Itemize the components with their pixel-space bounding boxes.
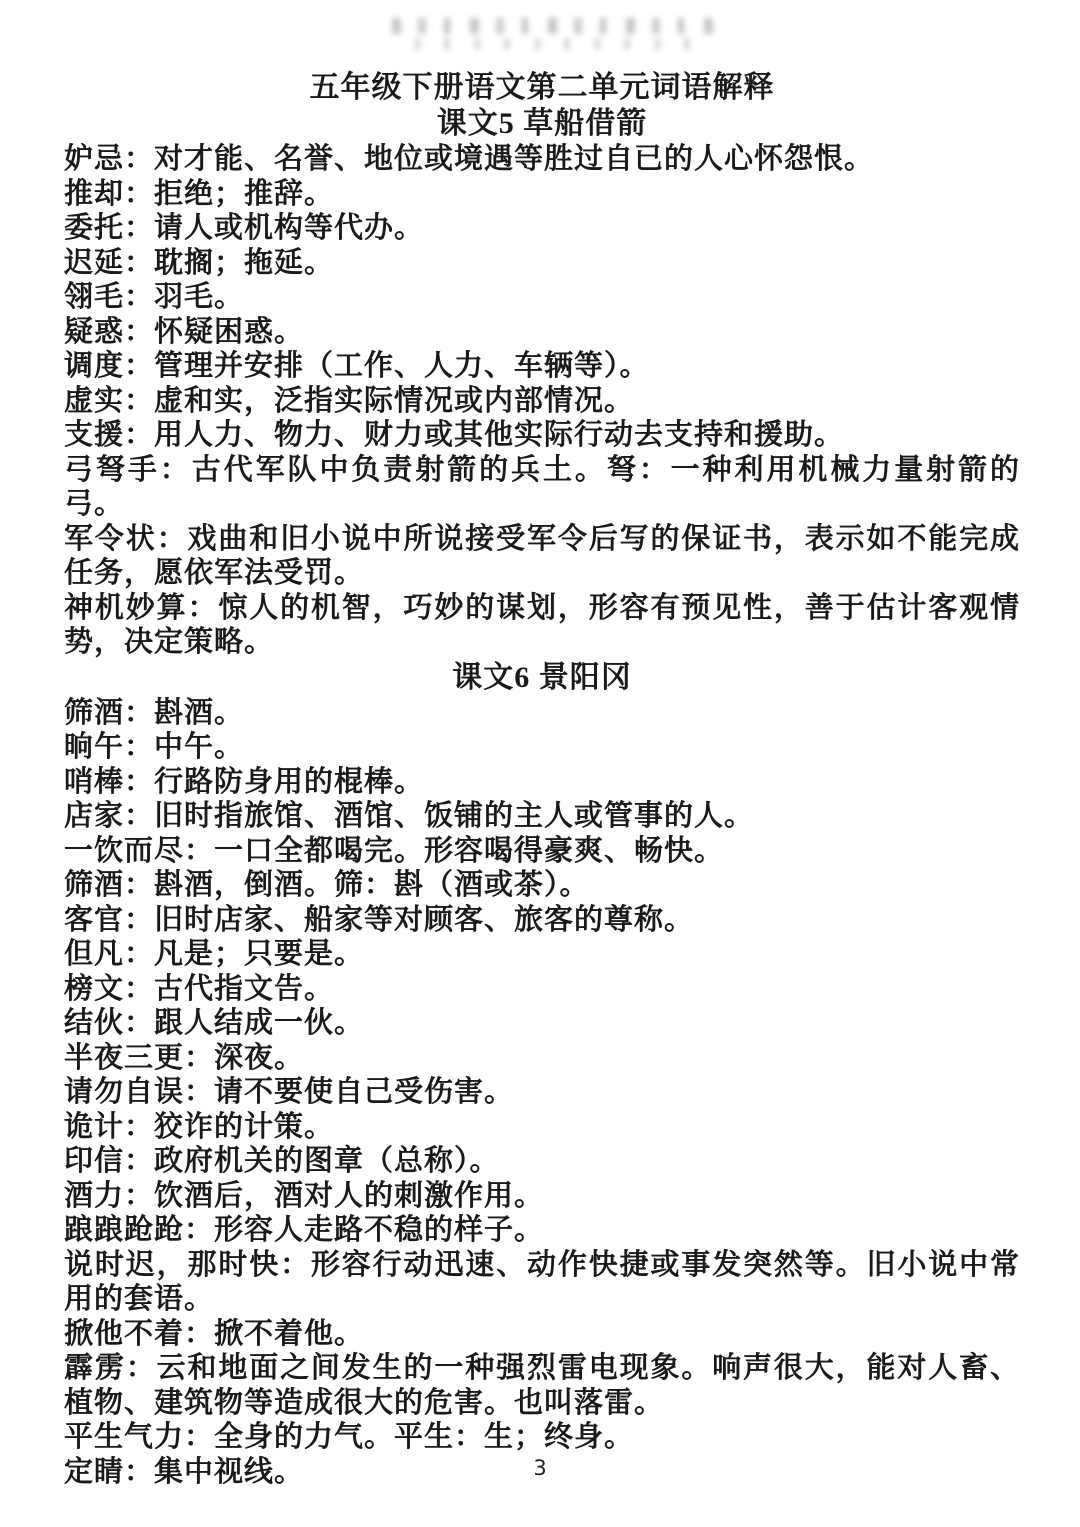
section-heading: 课文6 景阳冈	[64, 660, 1020, 696]
definition-entry: 军令状：戏曲和旧小说中所说接受军令后写的保证书，表示如不能完成任务，愿依军法受罚…	[64, 522, 1020, 591]
definition-entry: 说时迟，那时快：形容行动迅速、动作快捷或事发突然等。旧小说中常用的套语。	[64, 1248, 1020, 1317]
definition-entry: 筛酒：斟酒，倒酒。筛：斟（酒或茶）。	[64, 868, 1020, 903]
definition-entry: 哨棒：行路防身用的棍棒。	[64, 765, 1020, 800]
definition-entry: 半夜三更：深夜。	[64, 1041, 1020, 1076]
definition-entry: 妒忌：对才能、名誉、地位或境遇等胜过自已的人心怀怨恨。	[64, 142, 1020, 177]
definition-entry: 印信：政府机关的图章（总称）。	[64, 1144, 1020, 1179]
definition-entry: 客官：旧时店家、船家等对顾客、旅客的尊称。	[64, 903, 1020, 938]
definition-entry: 请勿自误：请不要使自己受伤害。	[64, 1075, 1020, 1110]
definition-entry: 筛酒：斟酒。	[64, 696, 1020, 731]
definition-entry: 踉踉跄跄：形容人走路不稳的样子。	[64, 1213, 1020, 1248]
section-heading: 课文5 草船借箭	[64, 106, 1020, 142]
definition-entry: 委托：请人或机构等代办。	[64, 211, 1020, 246]
definition-entry: 但凡：凡是；只要是。	[64, 937, 1020, 972]
definition-entry: 结伙：跟人结成一伙。	[64, 1006, 1020, 1041]
definition-entry: 迟延：耽搁；拖延。	[64, 246, 1020, 281]
definition-entry: 霹雳：云和地面之间发生的一种强烈雷电现象。响声很大，能对人畜、植物、建筑物等造成…	[64, 1351, 1020, 1420]
definition-entry: 推却：拒绝；推辞。	[64, 177, 1020, 212]
definition-entry: 翎毛：羽毛。	[64, 280, 1020, 315]
lesson-section: 课文5 草船借箭 妒忌：对才能、名誉、地位或境遇等胜过自已的人心怀怨恨。推却：拒…	[64, 106, 1020, 660]
definition-list: 妒忌：对才能、名誉、地位或境遇等胜过自已的人心怀怨恨。推却：拒绝；推辞。委托：请…	[64, 142, 1020, 660]
definition-entry: 酒力：饮酒后，酒对人的刺激作用。	[64, 1179, 1020, 1214]
definition-entry: 虚实：虚和实，泛指实际情况或内部情况。	[64, 384, 1020, 419]
lesson-section: 课文6 景阳冈 筛酒：斟酒。晌午：中午。哨棒：行路防身用的棍棒。店家：旧时指旅馆…	[64, 660, 1020, 1490]
definition-entry: 弓弩手：古代军队中负责射箭的兵土。弩：一种利用机械力量射箭的弓。	[64, 453, 1020, 522]
page-number: 3	[0, 1456, 1080, 1480]
page-title: 五年级下册语文第二单元词语解释	[64, 70, 1020, 106]
definition-entry: 掀他不着：掀不着他。	[64, 1317, 1020, 1352]
definition-entry: 一饮而尽：一口全都喝完。形容喝得豪爽、畅快。	[64, 834, 1020, 869]
definition-list: 筛酒：斟酒。晌午：中午。哨棒：行路防身用的棍棒。店家：旧时指旅馆、酒馆、饭铺的主…	[64, 696, 1020, 1490]
definition-entry: 神机妙算：惊人的机智，巧妙的谋划，形容有预见性，善于估计客观情势，决定策略。	[64, 591, 1020, 660]
watermark-smudge-row	[392, 18, 722, 34]
document-page: 五年级下册语文第二单元词语解释 课文5 草船借箭 妒忌：对才能、名誉、地位或境遇…	[0, 0, 1080, 1527]
sections-container: 课文5 草船借箭 妒忌：对才能、名誉、地位或境遇等胜过自已的人心怀怨恨。推却：拒…	[64, 106, 1020, 1489]
definition-entry: 平生气力：全身的力气。平生：生；终身。	[64, 1420, 1020, 1455]
definition-entry: 调度：管理并安排（工作、人力、车辆等）。	[64, 349, 1020, 384]
definition-entry: 榜文：古代指文告。	[64, 972, 1020, 1007]
definition-entry: 晌午：中午。	[64, 730, 1020, 765]
definition-entry: 诡计：狡诈的计策。	[64, 1110, 1020, 1145]
definition-entry: 疑惑：怀疑困惑。	[64, 315, 1020, 350]
definition-entry: 支援：用人力、物力、财力或其他实际行动去支持和援助。	[64, 418, 1020, 453]
definition-entry: 店家：旧时指旅馆、酒馆、饭铺的主人或管事的人。	[64, 799, 1020, 834]
watermark-smudge-row	[414, 38, 708, 50]
blurred-watermark-artifact	[392, 14, 722, 60]
